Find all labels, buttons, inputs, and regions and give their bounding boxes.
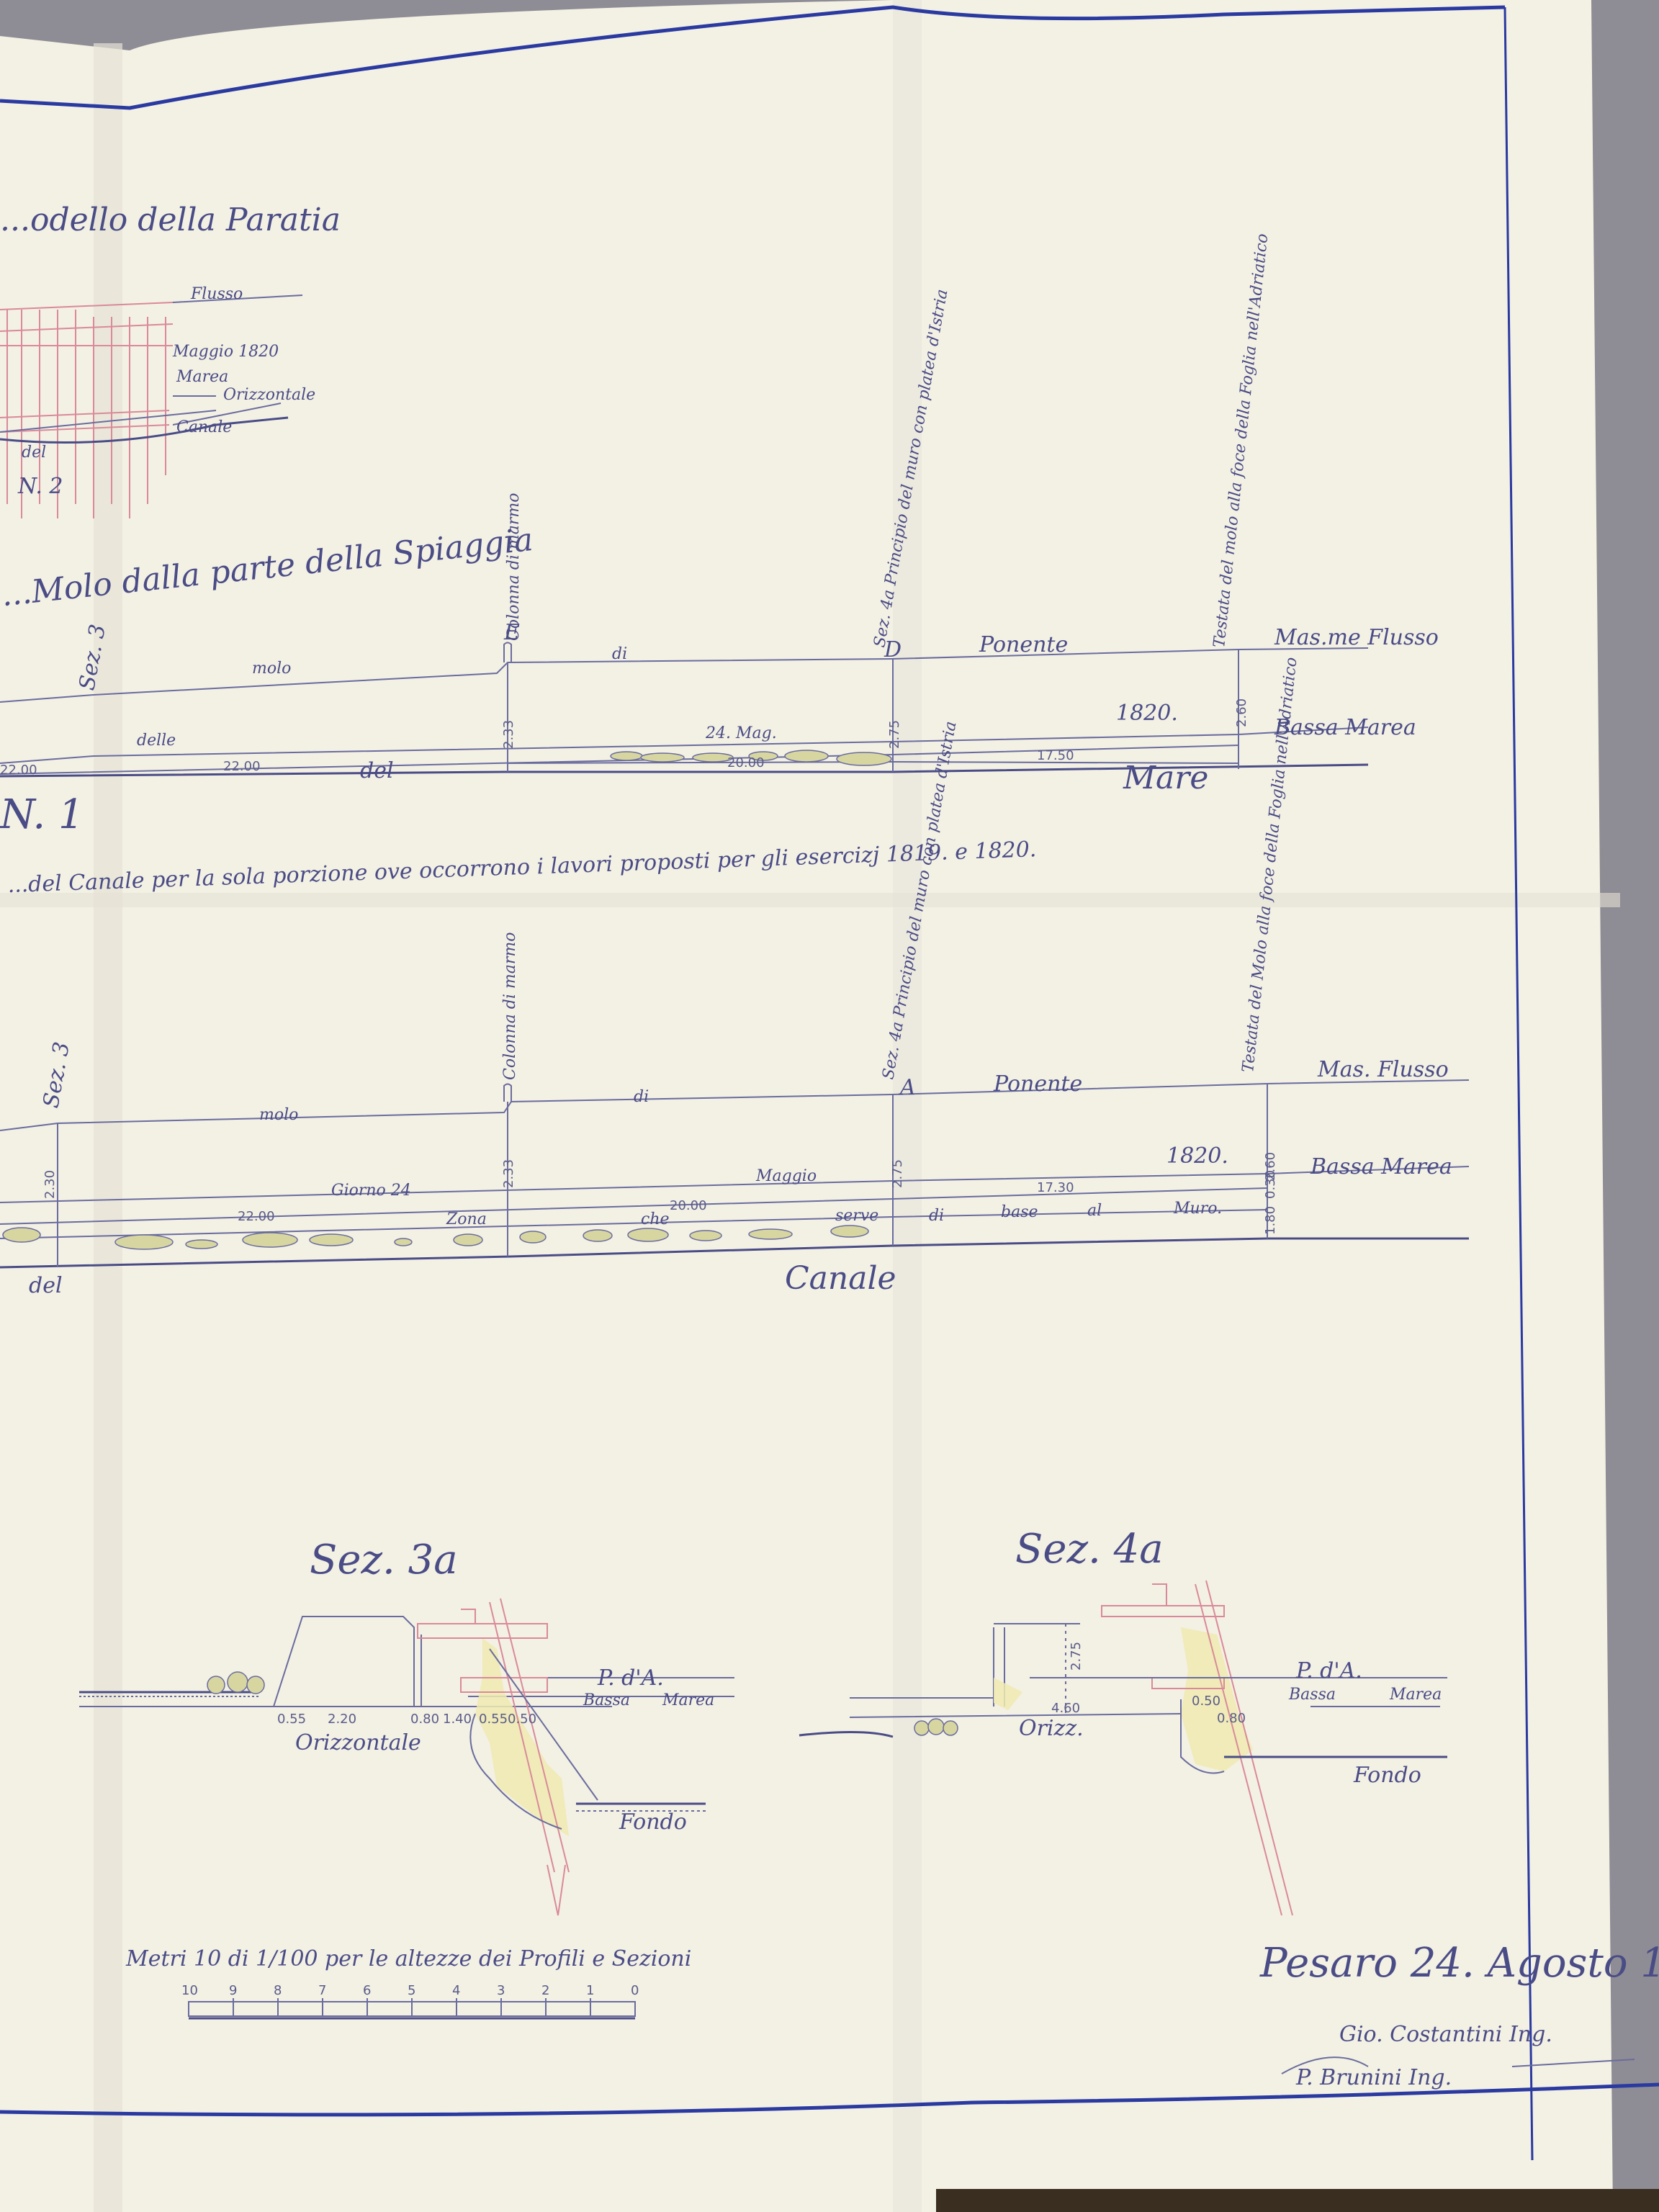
p1-word-al: al <box>1087 1202 1102 1220</box>
p1-year: 1820. <box>1166 1143 1228 1169</box>
p2-dist-3: 17.50 <box>1037 748 1074 763</box>
p1-bassa-marea: Bassa Marea <box>1310 1154 1452 1179</box>
sez3-label-pa: P. d'A. <box>597 1665 664 1691</box>
scale-tick-9: 9 <box>229 1983 237 1998</box>
scale-tick-4: 4 <box>452 1983 460 1998</box>
p1-col-marmo-label: Colonna di marmo <box>501 932 519 1080</box>
sez3-dim-4: 0.55 <box>479 1712 508 1727</box>
scale-tick-7: 7 <box>318 1983 326 1998</box>
p1-col-marmo-height: 2.33 <box>501 1159 516 1188</box>
scale-tick-1: 1 <box>586 1983 594 1998</box>
p1-word-ponente: Ponente <box>993 1071 1082 1097</box>
scale-tick-0: 0 <box>631 1983 639 1998</box>
paper <box>0 0 1613 2212</box>
signer-1: Gio. Costantini Ing. <box>1339 2022 1552 2047</box>
sez3-dim-5: 0.50 <box>508 1712 536 1727</box>
p2-mas-flusso: Mas.me Flusso <box>1274 625 1439 650</box>
sez4-label-marea: Marea <box>1389 1686 1442 1704</box>
torn-bottom-edge <box>936 2189 1659 2212</box>
profile-1-figure-number: N. 1 <box>0 791 84 838</box>
col-E-height: 2.33 <box>501 720 516 749</box>
p1-word-muro: Muro. <box>1173 1200 1222 1218</box>
sez3-label-bassa: Bassa <box>583 1691 630 1709</box>
p1-dist-1: 22.00 <box>238 1209 275 1224</box>
p2-word-di: di <box>612 645 627 663</box>
label-maggio-1820: Maggio 1820 <box>172 343 279 361</box>
col-E-label: Colonna di marmo <box>505 493 523 641</box>
sez3-label-fondo: Fondo <box>619 1809 687 1835</box>
p2-word-del: del <box>360 758 394 783</box>
sez4-label-pa: P. d'A. <box>1295 1658 1362 1683</box>
label-canale-top: Canale <box>176 418 232 436</box>
sez4-dim-3: 0.80 <box>1217 1711 1246 1726</box>
p2-dist-2: 20.00 <box>727 755 765 770</box>
scale-tick-10: 10 <box>181 1983 198 1998</box>
p2-dist-1: 22.00 <box>223 759 261 774</box>
p1-word-zona: Zona <box>446 1210 487 1228</box>
p1-word-maggio: Maggio <box>755 1167 817 1185</box>
sez3-label-orizzontale: Orizzontale <box>295 1730 421 1755</box>
p1-word-di2: di <box>929 1207 944 1225</box>
p2-word-ponente: Ponente <box>979 632 1068 657</box>
p1-mas-flusso: Mas. Flusso <box>1317 1057 1449 1082</box>
place-date: Pesaro 24. Agosto 1820 <box>1259 1940 1659 1987</box>
sez3-dim-2: 0.80 <box>410 1712 439 1727</box>
p1-word-molo: molo <box>259 1106 298 1124</box>
sez4-label-orizz: Orizz. <box>1019 1716 1084 1741</box>
col-end-height: 2.60 <box>1234 698 1249 727</box>
sez3-label-marea: Marea <box>662 1691 714 1709</box>
label-marea: Marea <box>176 368 228 386</box>
p2-bassa-marea: Bassa Marea <box>1274 715 1416 740</box>
p2-word-molo: molo <box>252 660 291 678</box>
sez3-dim-0: 0.55 <box>277 1712 306 1727</box>
p1-word-di: di <box>634 1088 649 1106</box>
sez4-title: Sez. 4a <box>1015 1526 1164 1573</box>
label-flusso: Flusso <box>190 285 243 303</box>
p2-date-day: 24. Mag. <box>705 724 777 742</box>
p1-word-base: base <box>1001 1203 1038 1221</box>
fold-shadow-left <box>94 43 122 2212</box>
p1-col-end-lower: 1.80 <box>1263 1206 1278 1235</box>
p1-col-A-marker: A <box>898 1075 916 1100</box>
p2-word-mare: Mare <box>1123 760 1208 796</box>
sez4-dim-0: 4.60 <box>1051 1701 1080 1716</box>
p1-dist-2: 20.00 <box>670 1198 707 1213</box>
p1-dist-3: 17.30 <box>1037 1180 1074 1195</box>
fold-shadow-center <box>893 0 922 2212</box>
p2-year: 1820. <box>1116 701 1178 726</box>
scale-tick-5: 5 <box>408 1983 415 1998</box>
label-orizzontale-top: Orizzontale <box>223 386 315 404</box>
p1-col-end-mid: 0.30 <box>1263 1170 1278 1199</box>
fold-horizontal <box>0 893 1620 907</box>
p2-word-delle: delle <box>137 732 176 750</box>
sez3-title: Sez. 3a <box>310 1537 458 1583</box>
scale-tick-8: 8 <box>274 1983 282 1998</box>
figure-number-2: N. 2 <box>17 474 63 499</box>
sez3-dim-3: 1.40 <box>443 1712 472 1727</box>
sez4-label-fondo: Fondo <box>1353 1763 1421 1788</box>
p1-word-giorno: Giorno 24 <box>331 1182 411 1200</box>
p2-dist-left: 22.00 <box>0 763 37 778</box>
col-D-height: 2.75 <box>887 720 902 749</box>
p1-word-del: del <box>29 1273 63 1298</box>
sez3-dim-1: 2.20 <box>328 1712 356 1727</box>
paratia-title: ...odello della Paratia <box>0 202 341 238</box>
scale-caption: Metri 10 di 1/100 per le altezze dei Pro… <box>125 1946 691 1972</box>
label-del-top: del <box>22 444 46 462</box>
scale-tick-3: 3 <box>497 1983 505 1998</box>
p1-word-canale: Canale <box>785 1260 896 1297</box>
scale-tick-6: 6 <box>363 1983 371 1998</box>
drawing-sheet: ...odello della Paratia Flusso Maggio 18… <box>0 0 1659 2212</box>
sez4-dim-2: 0.50 <box>1192 1694 1220 1709</box>
p1-word-che: che <box>641 1210 670 1228</box>
p1-col-left-height: 2.30 <box>42 1170 58 1199</box>
signer-2: P. Brunini Ing. <box>1295 2065 1452 2090</box>
scale-tick-2: 2 <box>541 1983 549 1998</box>
p1-word-serve: serve <box>835 1207 878 1225</box>
sez4-dim-1: 2.75 <box>1069 1642 1084 1671</box>
p1-col-A-height: 2.75 <box>890 1159 905 1188</box>
sez4-label-bassa: Bassa <box>1288 1686 1336 1704</box>
